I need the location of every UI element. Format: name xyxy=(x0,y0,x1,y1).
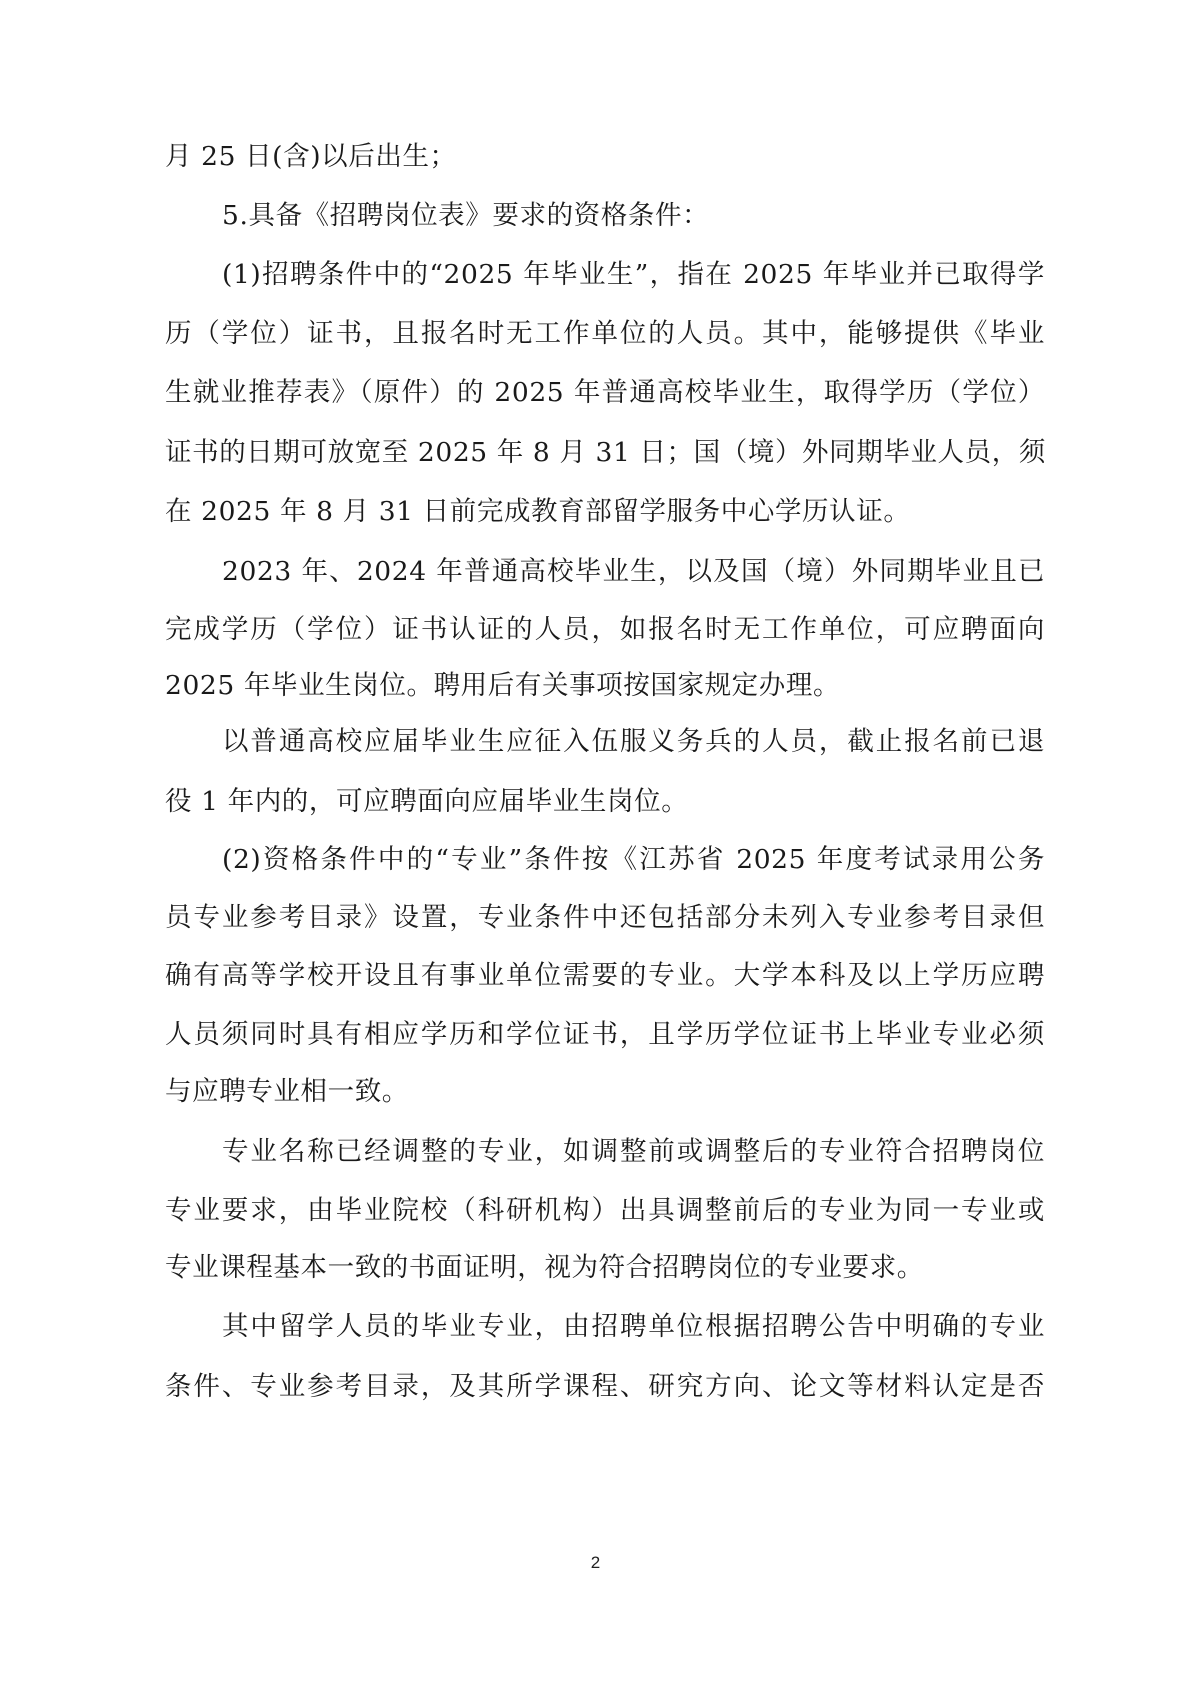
text-line: 5.具备《招聘岗位表》要求的资格条件： xyxy=(222,196,1045,236)
text-line: (2)资格条件中的“专业”条件按《江苏省 2025 年度考试录用公务 xyxy=(222,840,1045,880)
text-line: 2023 年、2024 年普通高校毕业生，以及国（境）外同期毕业且已 xyxy=(222,552,1045,592)
text-line: 历（学位）证书，且报名时无工作单位的人员。其中，能够提供《毕业 xyxy=(165,314,1045,354)
text-line: 证书的日期可放宽至 2025 年 8 月 31 日；国（境）外同期毕业人员，须 xyxy=(165,433,1045,473)
text-line: 专业名称已经调整的专业，如调整前或调整后的专业符合招聘岗位 xyxy=(222,1132,1045,1172)
text-line: 确有高等学校开设且有事业单位需要的专业。大学本科及以上学历应聘 xyxy=(165,956,1045,996)
document-page: 月 25 日(含)以后出生；5.具备《招聘岗位表》要求的资格条件：(1)招聘条件… xyxy=(0,0,1191,1684)
text-line: 人员须同时具有相应学历和学位证书，且学历学位证书上毕业专业必须 xyxy=(165,1015,1045,1055)
page-number: 2 xyxy=(0,1553,1191,1573)
text-line: 生就业推荐表》（原件）的 2025 年普通高校毕业生，取得学历（学位） xyxy=(165,373,1045,413)
text-line: 与应聘专业相一致。 xyxy=(165,1072,1045,1112)
text-line: 以普通高校应届毕业生应征入伍服义务兵的人员，截止报名前已退 xyxy=(222,722,1045,762)
text-line: 专业课程基本一致的书面证明，视为符合招聘岗位的专业要求。 xyxy=(165,1248,1045,1288)
text-line: (1)招聘条件中的“2025 年毕业生”，指在 2025 年毕业并已取得学 xyxy=(222,255,1045,295)
text-line: 员专业参考目录》设置，专业条件中还包括部分未列入专业参考目录但 xyxy=(165,898,1045,938)
text-line: 在 2025 年 8 月 31 日前完成教育部留学服务中心学历认证。 xyxy=(165,492,1045,532)
text-line: 完成学历（学位）证书认证的人员，如报名时无工作单位，可应聘面向 xyxy=(165,610,1045,650)
text-line: 月 25 日(含)以后出生； xyxy=(165,137,1045,177)
text-line: 其中留学人员的毕业专业，由招聘单位根据招聘公告中明确的专业 xyxy=(222,1307,1045,1347)
text-line: 专业要求，由毕业院校（科研机构）出具调整前后的专业为同一专业或 xyxy=(165,1191,1045,1231)
text-line: 役 1 年内的，可应聘面向应届毕业生岗位。 xyxy=(165,782,1045,822)
text-line: 2025 年毕业生岗位。聘用后有关事项按国家规定办理。 xyxy=(165,666,1045,706)
text-line: 条件、专业参考目录，及其所学课程、研究方向、论文等材料认定是否 xyxy=(165,1367,1045,1407)
